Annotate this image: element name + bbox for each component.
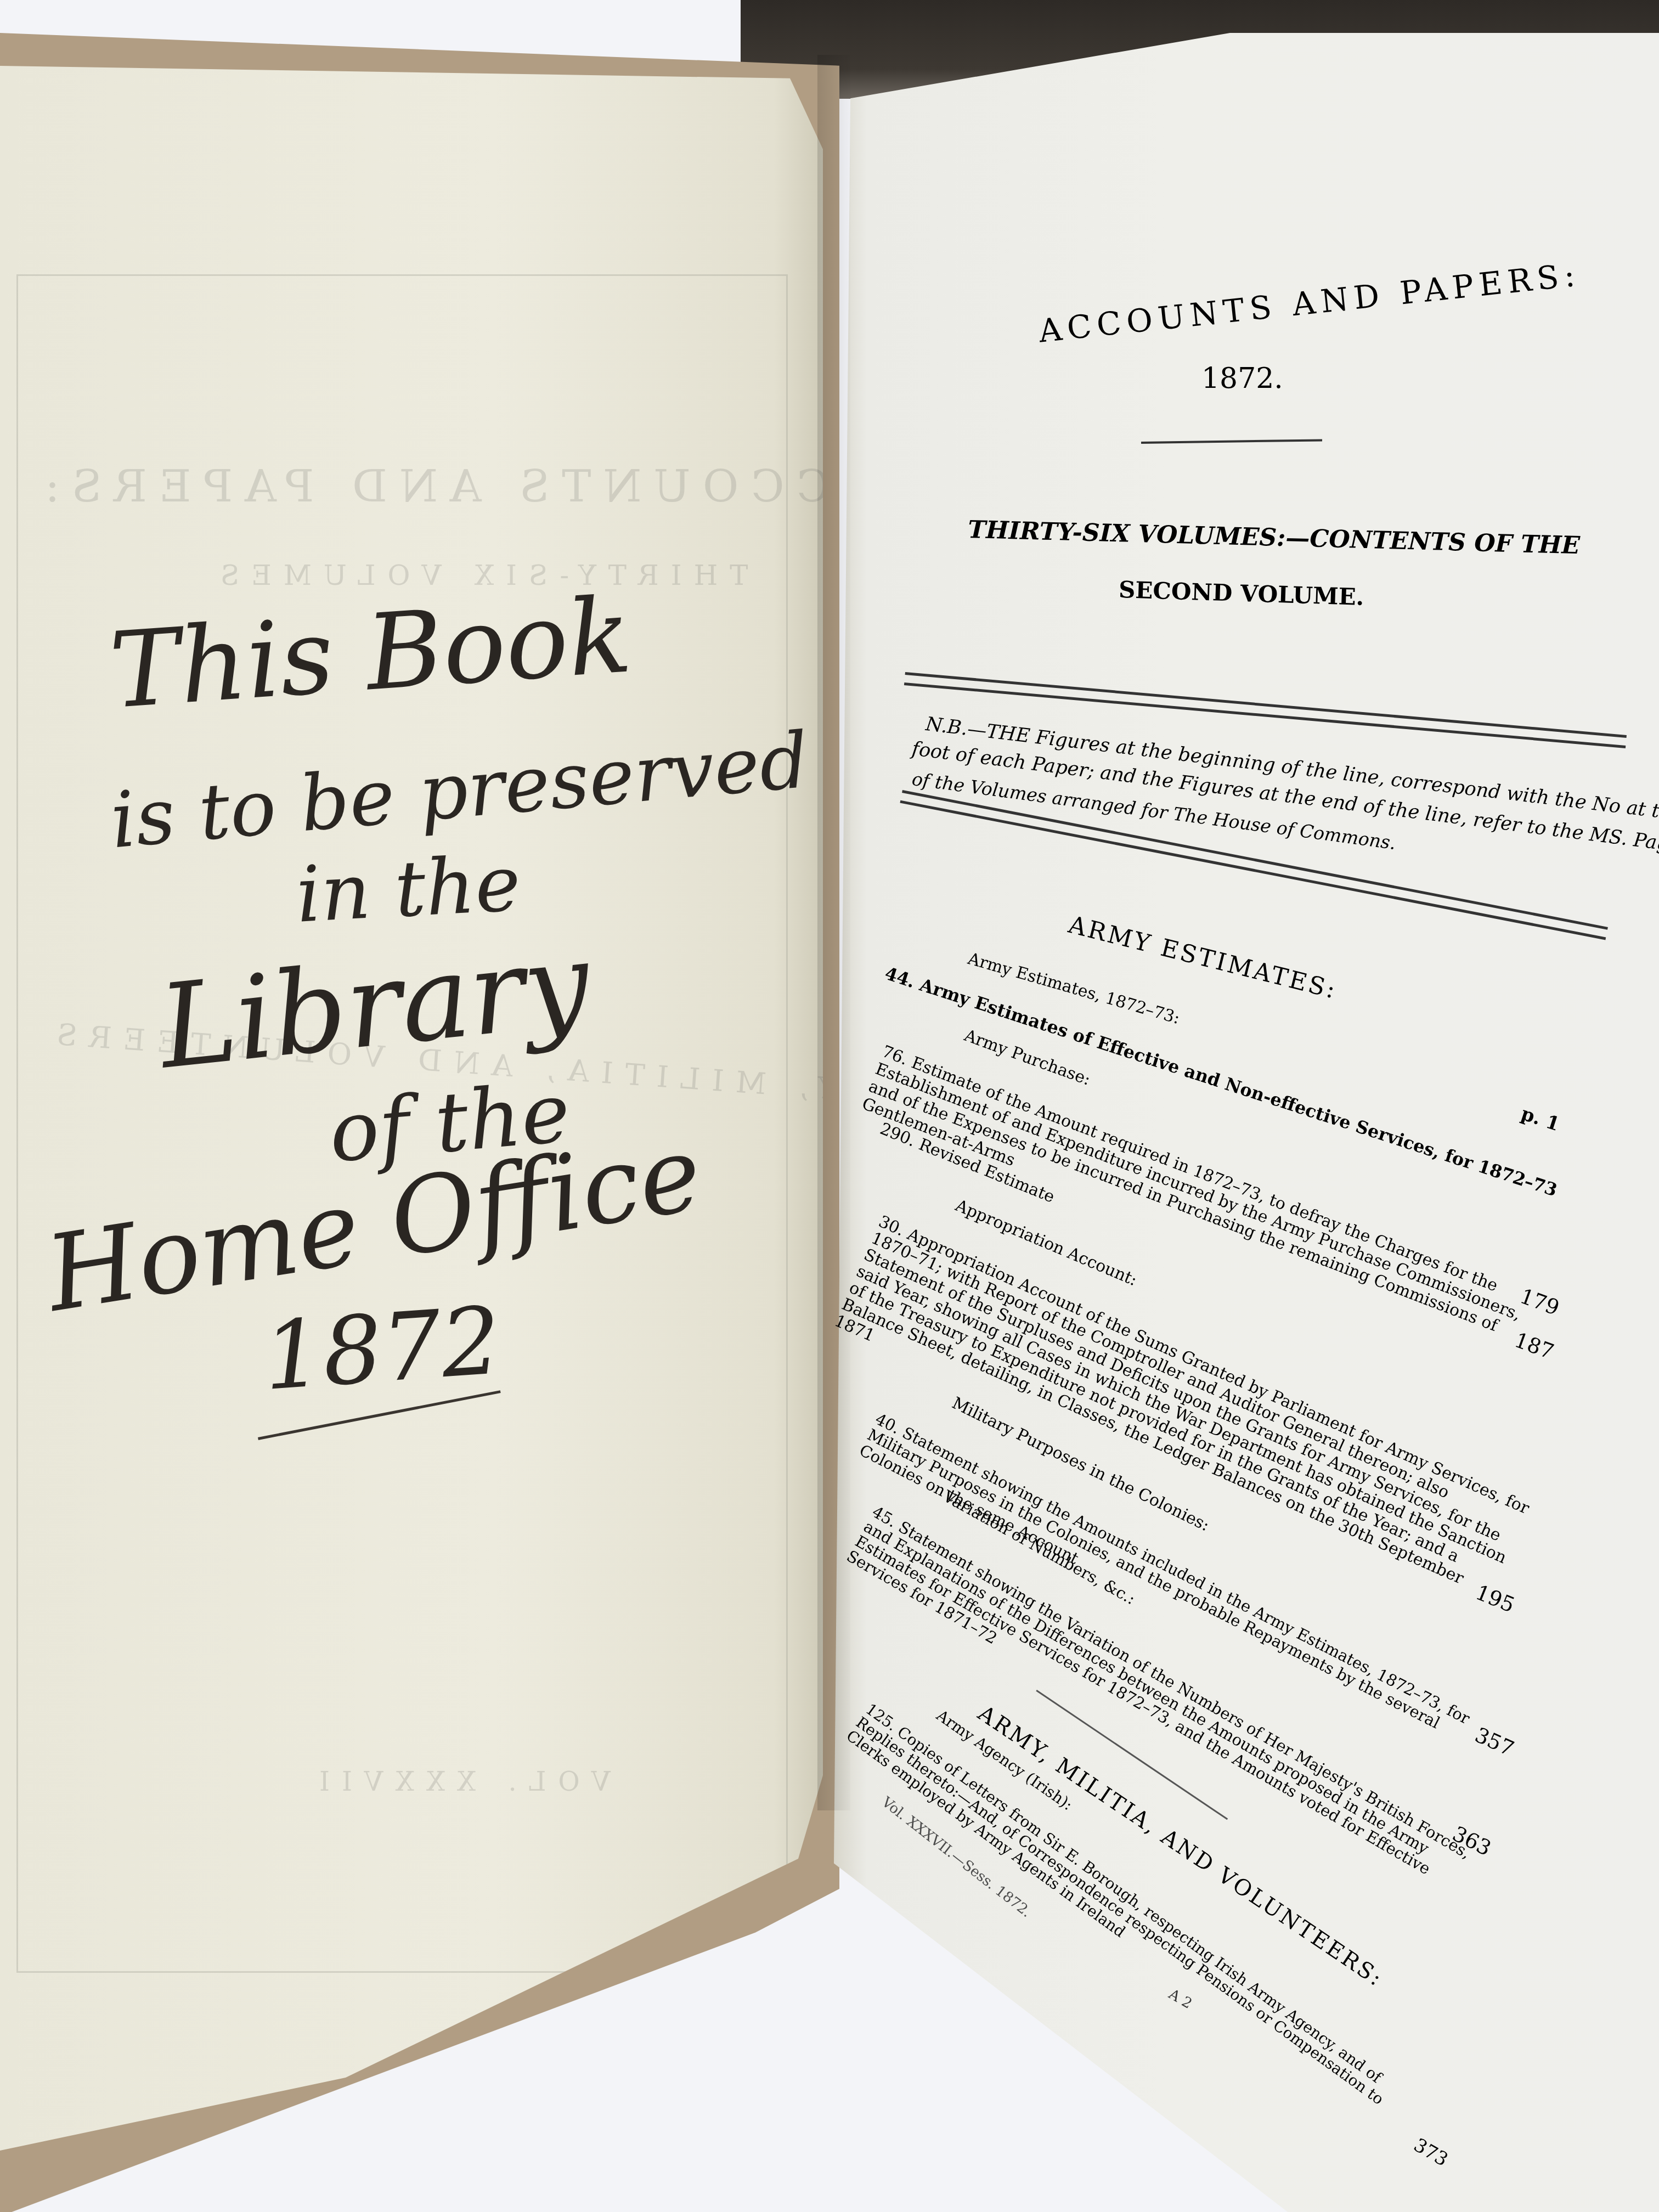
gutter-shadow bbox=[817, 55, 850, 1810]
inscription-line-3: in the bbox=[294, 839, 523, 940]
page-year: 1872. bbox=[1201, 362, 1283, 395]
show-through-vol: VOL. XXXVII bbox=[307, 1767, 611, 1797]
inscription-year: 1872 bbox=[260, 1286, 504, 1412]
photo-scene: ACCOUNTS AND PAPERS: THIRTY-SIX VOLUMES … bbox=[0, 0, 1659, 2212]
show-through-title: ACCOUNTS AND PAPERS: bbox=[33, 461, 874, 512]
left-page: ACCOUNTS AND PAPERS: THIRTY-SIX VOLUMES … bbox=[0, 66, 823, 2151]
